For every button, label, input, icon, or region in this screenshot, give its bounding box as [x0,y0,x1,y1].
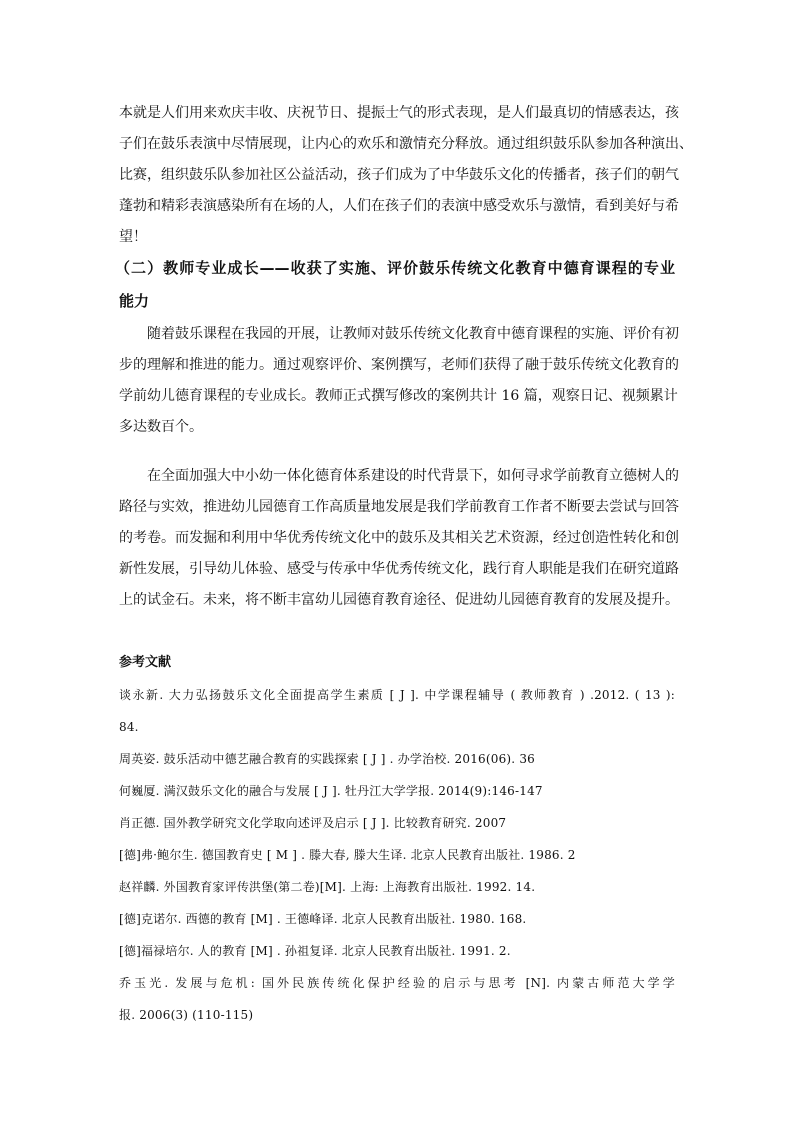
reference-item: 周英姿. 鼓乐活动中德艺融合教育的实践探索 [ J ] . 办学治校. 2016… [119,749,535,769]
paragraph-line: 学前幼儿德育课程的专业成长。教师正式撰写修改的案例共计 16 篇，观察日记、视频… [119,386,675,406]
section-heading: （二）教师专业成长——收获了实施、评价鼓乐传统文化教育中德育课程的专业 [115,258,675,278]
reference-item: 乔玉光. 发展与危机: 国外民族传统化保护经验的启示与思考 [N]. 内蒙古师范… [119,973,675,993]
reference-item: 报. 2006(3) (110-115) [119,1005,253,1025]
paragraph-line: 步的理解和推进的能力。通过观察评价、案例撰写，老师们获得了融于鼓乐传统文化教育的 [119,355,675,375]
reference-item: [德]克诺尔. 西德的教育 [M] . 王德峰译. 北京人民教育出版社. 198… [119,909,526,929]
paragraph-line: 比赛，组织鼓乐队参加社区公益活动，孩子们成为了中华鼓乐文化的传播者，孩子们的朝气 [119,165,675,185]
paragraph-line: 新性发展，引导幼儿体验、感受与传承中华优秀传统文化，践行育人职能是我们在研究道路 [119,559,675,579]
paragraph-line: 多达数百个。 [119,417,203,437]
paragraph-line: 的考卷。而发掘和利用中华优秀传统文化中的鼓乐及其相关艺术资源，经过创造性转化和创 [119,528,675,548]
references-title: 参考文献 [119,653,171,673]
paragraph-line: 在全面加强大中小幼一体化德育体系建设的时代背景下，如何寻求学前教育立德树人的 [147,466,675,486]
reference-item: 何巍厦. 满汉鼓乐文化的融合与发展 [ J ]. 牡丹江大学学报. 2014(9… [119,781,543,801]
reference-item: 赵祥麟. 外国教育家评传洪堡(第二卷)[M]. 上海: 上海教育出版社. 199… [119,877,535,897]
paragraph-line: 上的试金石。未来，将不断丰富幼儿园德育教育途径、促进幼儿园德育教育的发展及提升。 [119,590,675,610]
reference-item: [德]弗·鲍尔生. 德国教育史 [ M ] . 滕大春, 滕大生译. 北京人民教… [119,845,576,865]
paragraph-line: 蓬勃和精彩表演感染所有在场的人，人们在孩子们的表演中感受欢乐与激情，看到美好与希 [119,196,675,216]
reference-item: [德]福禄培尔. 人的教育 [M] . 孙祖复译. 北京人民教育出版社. 199… [119,941,511,961]
paragraph-line: 随着鼓乐课程在我园的开展，让教师对鼓乐传统文化教育中德育课程的实施、评价有初 [147,324,675,344]
reference-item: 84. [119,717,139,737]
section-heading: 能力 [119,291,149,311]
reference-item: 谈永新. 大力弘扬鼓乐文化全面提高学生素质 [ J ]. 中学课程辅导 ( 教师… [119,685,675,705]
reference-item: 肖正德. 国外教学研究文化学取向述评及启示 [ J ]. 比较教育研究. 200… [119,813,506,833]
paragraph-line: 路径与实效，推进幼儿园德育工作高质量地发展是我们学前教育工作者不断要去尝试与回答 [119,497,675,517]
paragraph-line: 望！ [119,227,147,247]
paragraph-line: 子们在鼓乐表演中尽情展现，让内心的欢乐和激情充分释放。通过组织鼓乐队参加各种演出… [119,134,675,154]
paragraph-line: 本就是人们用来欢庆丰收、庆祝节日、提振士气的形式表现，是人们最真切的情感表达，孩 [119,103,675,123]
